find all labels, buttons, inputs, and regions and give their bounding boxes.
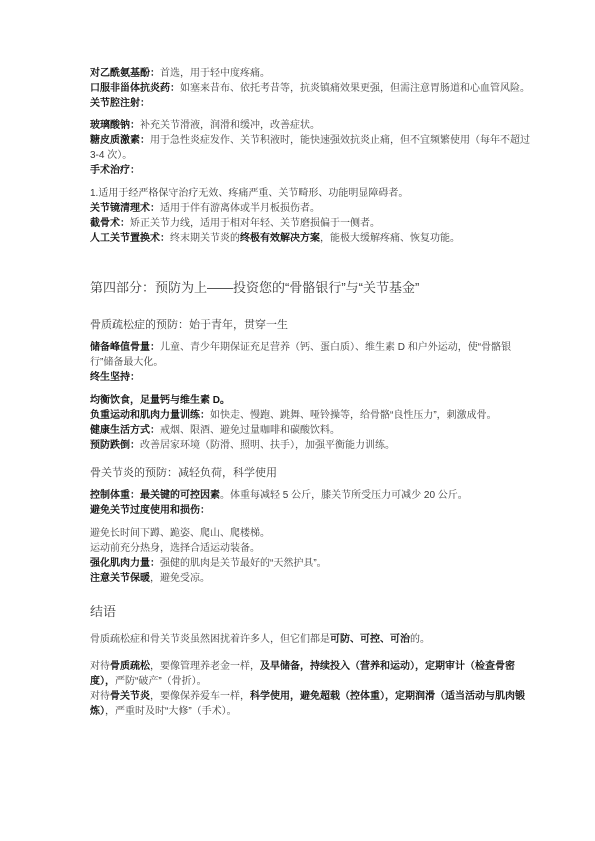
section-heading-conclusion: 结语	[90, 602, 533, 622]
bold-text-run: 注意关节保暖	[90, 573, 150, 584]
text-run: 运动前充分热身，选择合适运动装备。	[90, 543, 260, 554]
text-run: 第四部分：预防为上——投资您的“骨骼银行”与“关节基金”	[90, 280, 419, 295]
paragraph-joint-replacement: 人工关节置换术：终末期关节炎的终极有效解决方案，能极大缓解疼痛、恢复功能。	[90, 231, 533, 246]
paragraph-osteotomy: 截骨术：矫正关节力线，适用于相对年轻、关节磨损偏于一侧者。	[90, 216, 533, 231]
text-run: ，避免受凉。	[150, 573, 210, 584]
text-run: 改善居家环境（防滑、照明、扶手），加强平衡能力训练。	[140, 440, 395, 451]
text-run: 如快走、慢跑、跳舞、哑铃操等，给骨骼“良性压力”，刺激成骨。	[210, 410, 497, 421]
paragraph-muscle-strength: 强化肌肉力量：强健的肌肉是关节最好的“天然护具”。	[90, 556, 533, 571]
bold-text-run: 糖皮质激素：	[90, 135, 150, 146]
bold-text-run: 健康生活方式：	[90, 425, 160, 436]
paragraph-warm-up: 运动前充分热身，选择合适运动装备。	[90, 541, 533, 556]
document-body: 对乙酰氨基酚：首选，用于轻中度疼痛。口服非甾体抗炎药：如塞来昔布、依托考昔等，抗…	[90, 66, 533, 719]
text-run: 的。	[410, 634, 430, 645]
paragraph-fall-prevention: 预防跌倒：改善居家环境（防滑、照明、扶手），加强平衡能力训练。	[90, 438, 533, 453]
bold-text-run: 控制体重：最关键的可控因素	[90, 490, 220, 501]
bold-text-run: 人工关节置换术：	[90, 233, 170, 244]
section-heading-part4: 第四部分：预防为上——投资您的“骨骼银行”与“关节基金”	[90, 278, 533, 298]
bold-text-run: 骨质疏松	[110, 661, 150, 672]
text-run: ，要像管理养老金一样，	[150, 661, 260, 672]
paragraph-arthroscopy: 关节镜清理术：适用于伴有游离体或半月板损伤者。	[90, 201, 533, 216]
paragraph-surgery-heading: 手术治疗：	[90, 163, 533, 178]
bold-text-run: 骨关节炎	[110, 691, 150, 702]
paragraph-peak-bone-mass: 储备峰值骨量：儿童、青少年期保证充足营养（钙、蛋白质）、维生素 D 和户外运动，…	[90, 340, 533, 370]
paragraph-keep-warm: 注意关节保暖，避免受凉。	[90, 571, 533, 586]
bold-text-run: 终生坚持：	[90, 372, 140, 383]
document-page: 对乙酰氨基酚：首选，用于轻中度疼痛。口服非甾体抗炎药：如塞来昔布、依托考昔等，抗…	[0, 0, 595, 841]
paragraph-hyaluronate: 玻璃酸钠：补充关节滑液，润滑和缓冲，改善症状。	[90, 118, 533, 133]
paragraph-conclusion-osteoarthritis: 对待骨关节炎，要像保养爱车一样，科学使用，避免超载（控体重），定期润滑（适当活动…	[90, 689, 533, 719]
bold-text-run: 储备峰值骨量：	[90, 342, 160, 353]
subheading-osteoarthritis-prevention: 骨关节炎的预防：减轻负荷，科学使用	[90, 465, 533, 481]
text-run: 对待	[90, 691, 110, 702]
bold-text-run: 对乙酰氨基酚：	[90, 68, 160, 79]
text-run: 。体重每减轻 5 公斤，膝关节所受压力可减少 20 公斤。	[220, 490, 468, 501]
text-run: 避免长时间下蹲、跪姿、爬山、爬楼梯。	[90, 528, 270, 539]
paragraph-lifelong: 终生坚持：	[90, 370, 533, 385]
bold-text-run: 强化肌肉力量：	[90, 558, 160, 569]
text-run: 适用于伴有游离体或半月板损伤者。	[160, 203, 320, 214]
text-run: 用于急性炎症发作、关节积液时，能快速强效抗炎止痛，但不宜频繁使用（每年不超过 3…	[90, 135, 530, 161]
text-run: 戒烟、限酒、避免过量咖啡和碳酸饮料。	[160, 425, 340, 436]
paragraph-surgery-indication: 1.适用于经严格保守治疗无效、疼痛严重、关节畸形、功能明显障碍者。	[90, 186, 533, 201]
bold-text-run: 可防、可控、可治	[330, 634, 410, 645]
bold-text-run: 截骨术：	[90, 218, 130, 229]
text-run: 补充关节滑液，润滑和缓冲，改善症状。	[140, 120, 320, 131]
bold-text-run: 口服非甾体抗炎药：	[90, 83, 180, 94]
bold-text-run: 玻璃酸钠：	[90, 120, 140, 131]
text-run: 首选，用于轻中度疼痛。	[160, 68, 270, 79]
text-run: 结语	[90, 604, 116, 619]
paragraph-weight-bearing-exercise: 负重运动和肌肉力量训练：如快走、慢跑、跳舞、哑铃操等，给骨骼“良性压力”，刺激成…	[90, 408, 533, 423]
text-run: 如塞来昔布、依托考昔等，抗炎镇痛效果更强，但需注意胃肠道和心血管风险。	[180, 83, 530, 94]
text-run: ，严重时及时“大修”（手术）。	[105, 706, 237, 717]
paragraph-balanced-diet: 均衡饮食，足量钙与维生素 D。	[90, 393, 533, 408]
paragraph-oral-nsaids: 口服非甾体抗炎药：如塞来昔布、依托考昔等，抗炎镇痛效果更强，但需注意胃肠道和心血…	[90, 81, 533, 96]
text-run: 矫正关节力线，适用于相对年轻、关节磨损偏于一侧者。	[130, 218, 380, 229]
bold-text-run: 终极有效解决方案	[240, 233, 320, 244]
subheading-osteoporosis-prevention: 骨质疏松症的预防：始于青年，贯穿一生	[90, 317, 533, 333]
paragraph-conclusion-osteoporosis: 对待骨质疏松，要像管理养老金一样，及早储备，持续投入（营养和运动），定期审计（检…	[90, 659, 533, 689]
text-run: 骨关节炎的预防：减轻负荷，科学使用	[90, 467, 277, 479]
text-run: 骨质疏松症和骨关节炎虽然困扰着许多人，但它们都是	[90, 634, 330, 645]
text-run: 强健的肌肉是关节最好的“天然护具”。	[160, 558, 327, 569]
bold-text-run: 负重运动和肌肉力量训练：	[90, 410, 210, 421]
paragraph-healthy-lifestyle: 健康生活方式：戒烟、限酒、避免过量咖啡和碳酸饮料。	[90, 423, 533, 438]
text-run: 1.适用于经严格保守治疗无效、疼痛严重、关节畸形、功能明显障碍者。	[90, 188, 408, 199]
bold-text-run: 关节腔注射：	[90, 98, 150, 109]
text-run: 对待	[90, 661, 110, 672]
text-run: ，能极大缓解疼痛、恢复功能。	[320, 233, 460, 244]
text-run: ，要像保养爱车一样，	[150, 691, 250, 702]
paragraph-avoid-squatting: 避免长时间下蹲、跪姿、爬山、爬楼梯。	[90, 526, 533, 541]
text-run: 骨质疏松症的预防：始于青年，贯穿一生	[90, 319, 288, 331]
bold-text-run: 均衡饮食，足量钙与维生素 D。	[90, 395, 230, 406]
bold-text-run: 避免关节过度使用和损伤：	[90, 505, 210, 516]
text-run: 终末期关节炎的	[170, 233, 240, 244]
paragraph-conclusion-intro: 骨质疏松症和骨关节炎虽然困扰着许多人，但它们都是可防、可控、可治的。	[90, 632, 533, 647]
paragraph-joint-injection: 关节腔注射：	[90, 96, 533, 111]
bold-text-run: 关节镜清理术：	[90, 203, 160, 214]
paragraph-avoid-overuse-heading: 避免关节过度使用和损伤：	[90, 503, 533, 518]
paragraph-weight-control: 控制体重：最关键的可控因素。体重每减轻 5 公斤，膝关节所受压力可减少 20 公…	[90, 488, 533, 503]
paragraph-glucocorticoid: 糖皮质激素：用于急性炎症发作、关节积液时，能快速强效抗炎止痛，但不宜频繁使用（每…	[90, 133, 533, 163]
text-run: 严防“破产”（骨折）。	[115, 676, 207, 687]
bold-text-run: 预防跌倒：	[90, 440, 140, 451]
paragraph-acetaminophen: 对乙酰氨基酚：首选，用于轻中度疼痛。	[90, 66, 533, 81]
bold-text-run: 手术治疗：	[90, 165, 140, 176]
